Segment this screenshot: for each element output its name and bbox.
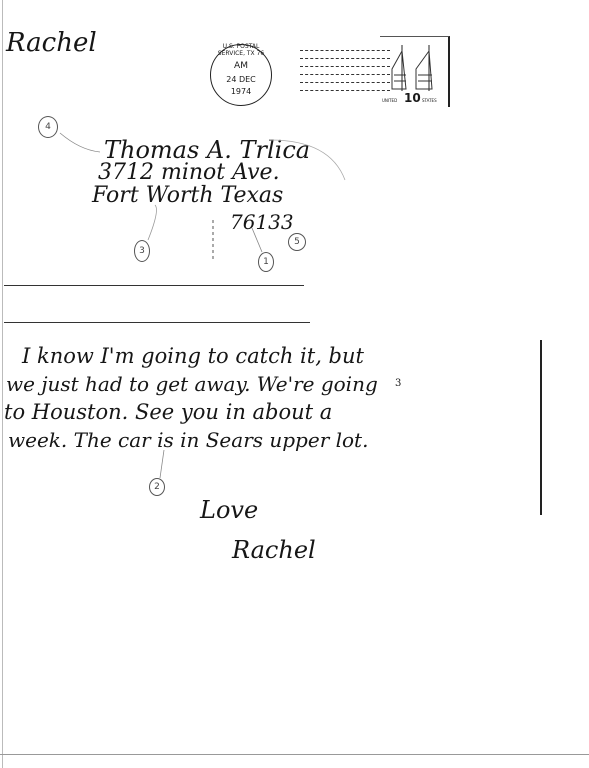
letter-line: I know I'm going to catch it, but (22, 344, 364, 368)
letter-line: we just had to get away. We're going (6, 372, 378, 396)
fold-line (4, 285, 304, 286)
letter-right-edge (540, 340, 542, 515)
page-bottom-edge (0, 754, 589, 755)
insertion-mark: 3 (395, 378, 401, 389)
fold-line (4, 322, 310, 323)
letter-signature: Rachel (232, 536, 316, 564)
letter-closing: Love (200, 496, 258, 524)
annotation-leader (152, 450, 172, 480)
annotation-leaders (0, 0, 589, 300)
letter-line: to Houston. See you in about a (4, 400, 332, 424)
letter-line: week. The car is in Sears upper lot. (8, 428, 368, 452)
annotation-circle: 2 (149, 478, 165, 496)
